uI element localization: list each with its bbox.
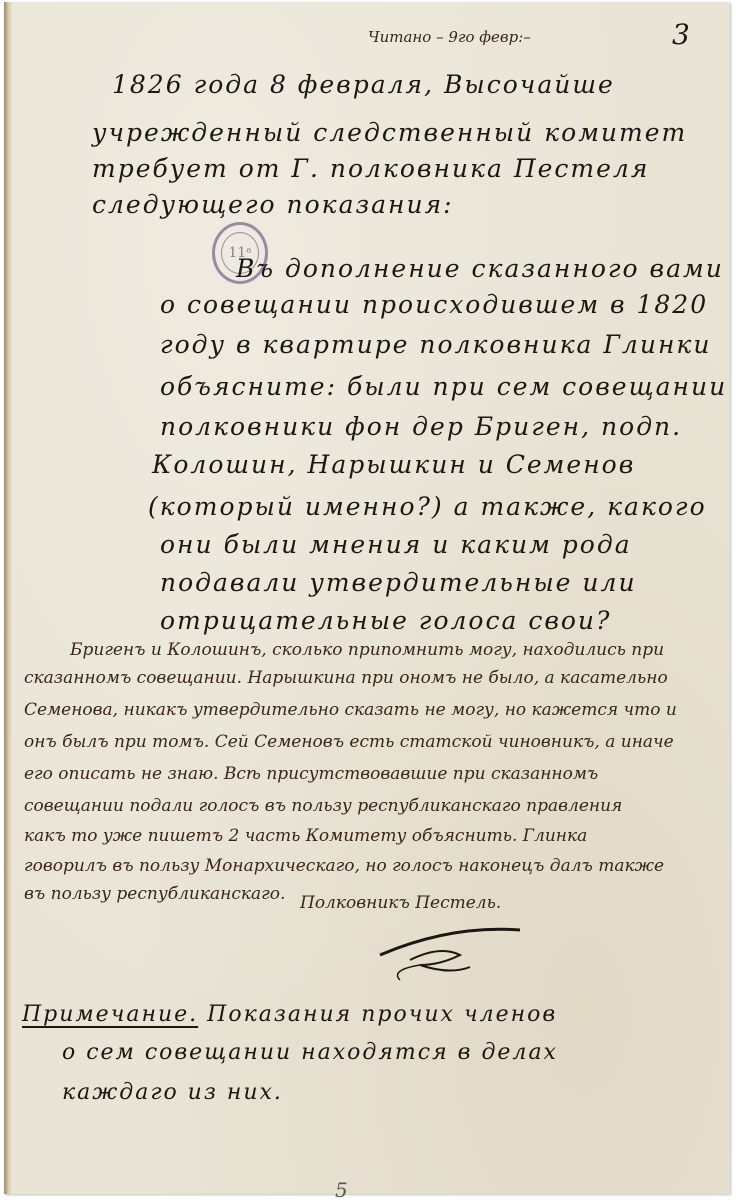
question-line: требует от Г. полковника Пестеля bbox=[92, 154, 649, 183]
page-binding-edge bbox=[4, 2, 12, 1194]
question-line: они были мнения и каким рода bbox=[160, 530, 632, 559]
question-line: Въ дополнение сказанного вами bbox=[236, 254, 724, 283]
page-number: 3 bbox=[672, 18, 690, 51]
question-line: 1826 года 8 февраля, Высочайше bbox=[112, 70, 615, 99]
note-line: каждаго из них. bbox=[62, 1080, 283, 1105]
answer-line: совещании подали голосъ въ пользу респуб… bbox=[24, 796, 622, 816]
answer-line: говорилъ въ пользу Монархическаго, но го… bbox=[24, 856, 664, 876]
question-line: (который именно?) а также, какого bbox=[148, 492, 707, 521]
note-label: Примечание. bbox=[22, 1002, 198, 1027]
note-line: Примечание. Показания прочих членов bbox=[22, 1002, 557, 1027]
pencil-mark: 5 bbox=[335, 1178, 348, 1200]
note-text: Показания прочих членов bbox=[207, 1002, 557, 1027]
answer-line: Бригенъ и Колошинъ, сколько припомнить м… bbox=[70, 640, 664, 660]
question-line: о совещании происходившем в 1820 bbox=[160, 290, 708, 319]
answer-line: сказанномъ совещании. Нарышкина при оном… bbox=[24, 668, 668, 688]
answer-line: онъ былъ при томъ. Сей Семеновъ есть ста… bbox=[24, 732, 674, 752]
question-line: учрежденный следственный комитет bbox=[92, 118, 687, 147]
answer-line: Семенова, никакъ утвердительно сказать н… bbox=[24, 700, 677, 720]
question-line: отрицательные голоса свои? bbox=[160, 606, 611, 635]
question-line: подавали утвердительные или bbox=[160, 568, 637, 597]
reading-note: Читано – 9го февр:– bbox=[368, 28, 531, 46]
question-line: Колошин, Нарышкин и Семенов bbox=[152, 450, 635, 479]
question-line: объясните: были при сем совещании bbox=[160, 372, 727, 401]
signature: Полковникъ Пестель. bbox=[300, 893, 501, 913]
question-line: году в квартире полковника Глинки bbox=[160, 330, 711, 359]
answer-line: его описать не знаю. Всѣ присутствовавши… bbox=[24, 764, 598, 784]
note-line: о сем совещании находятся в делах bbox=[62, 1040, 558, 1065]
question-line: следующего показания: bbox=[92, 190, 454, 219]
question-line: полковники фон дер Бриген, подп. bbox=[160, 412, 682, 441]
signature-flourish-icon bbox=[370, 915, 530, 985]
answer-line: какъ то уже пишетъ 2 часть Комитету объя… bbox=[24, 826, 587, 846]
answer-line: въ пользу республиканскаго. bbox=[24, 884, 285, 904]
